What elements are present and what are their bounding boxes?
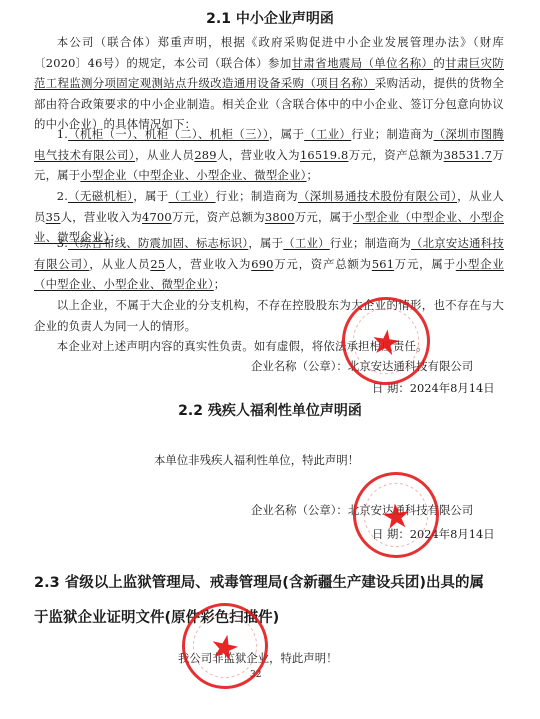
star-icon: ★ bbox=[368, 324, 403, 362]
total-assets: 38531.7 bbox=[444, 148, 493, 162]
label: 人，营业收入为 bbox=[61, 210, 142, 224]
total-assets: 3800 bbox=[265, 210, 295, 224]
revenue: 16519.8 bbox=[300, 148, 349, 162]
company-seal: ★ bbox=[349, 468, 444, 563]
staff-count: 25 bbox=[150, 257, 165, 271]
label: 万元，属于 bbox=[295, 210, 353, 224]
label: 万元，资产总额为 bbox=[274, 257, 372, 271]
label: 万元，资产总额为 bbox=[348, 148, 443, 162]
label: ； bbox=[307, 168, 319, 182]
goods-name: （无磁机柜） bbox=[68, 189, 133, 203]
label: 万元，资产总额为 bbox=[172, 210, 265, 224]
goods-name: （机柜（一）、机柜（二）、机柜（三）） bbox=[68, 127, 269, 141]
intro-paragraph: 本公司（联合体）郑重声明，根据《政府采购促进中小企业发展管理办法》（财库〔202… bbox=[34, 32, 504, 135]
label: 行业；制造商为 bbox=[216, 189, 298, 203]
total-assets: 561 bbox=[372, 257, 394, 271]
revenue: 4700 bbox=[142, 210, 172, 224]
industry: （工业） bbox=[304, 127, 351, 141]
document-page: 2.1 中小企业声明函 本公司（联合体）郑重声明，根据《政府采购促进中小企业发展… bbox=[0, 0, 540, 719]
industry: （工业） bbox=[283, 236, 329, 250]
label: ，属于 bbox=[133, 189, 168, 203]
enterprise-type: 小型企业（中型企业、小型企业、微型企业） bbox=[80, 168, 306, 182]
label: ，属于 bbox=[269, 127, 304, 141]
closing-statement-2: 本企业对上述声明内容的真实性负责。如有虚假，将依法承担相应责任。 bbox=[34, 336, 504, 357]
label: 行业；制造商为 bbox=[330, 236, 411, 250]
section-title-2-2: 2.2 残疾人福利性单位声明函 bbox=[0, 400, 540, 420]
enterprise-item-1: 1.（机柜（一）、机柜（二）、机柜（三）），属于（工业）行业；制造商为（深圳市图… bbox=[34, 124, 504, 186]
closing-statement-1: 以上企业，不属于大企业的分支机构，不存在控股股东为大企业的情形，也不存在与大企业… bbox=[34, 295, 504, 336]
staff-count: 289 bbox=[194, 148, 216, 162]
enterprise-item-3: 3.（综合布线、防震加固、标志标识），属于（工业）行业；制造商为（北京安达通科技… bbox=[34, 233, 504, 295]
label: 人，营业收入为 bbox=[217, 148, 300, 162]
section-title-2-1: 2.1 中小企业声明函 bbox=[0, 8, 540, 28]
item-number: 2. bbox=[57, 189, 68, 203]
label: 万元，属于 bbox=[394, 257, 456, 271]
goods-name: （综合布线、防震加固、标志标识） bbox=[68, 236, 248, 250]
manufacturer: （深圳易通技术股份有限公司） bbox=[298, 189, 457, 203]
disability-statement: 本单位非残疾人福利性单位，特此声明！ bbox=[154, 450, 359, 470]
company-seal: ★ bbox=[336, 291, 435, 390]
label: ，属于 bbox=[248, 236, 283, 250]
label: ，从业人员 bbox=[135, 148, 194, 162]
label: ，从业人员 bbox=[89, 257, 150, 271]
label: 人，营业收入为 bbox=[165, 257, 251, 271]
staff-count: 35 bbox=[46, 210, 61, 224]
industry: （工业） bbox=[169, 189, 216, 203]
item-number: 3. bbox=[57, 236, 68, 250]
unit-name: 甘肃省地震局（单位名称） bbox=[292, 56, 434, 70]
title-line-1: 2.3 省级以上监狱管理局、戒毒管理局(含新疆生产建设兵团)出具的属 bbox=[34, 575, 484, 591]
star-icon: ★ bbox=[379, 499, 413, 536]
intro-of: 的 bbox=[433, 56, 445, 70]
label: 行业；制造商为 bbox=[351, 127, 433, 141]
item-number: 1. bbox=[57, 127, 68, 141]
revenue: 690 bbox=[251, 257, 273, 271]
label: ； bbox=[214, 277, 226, 291]
